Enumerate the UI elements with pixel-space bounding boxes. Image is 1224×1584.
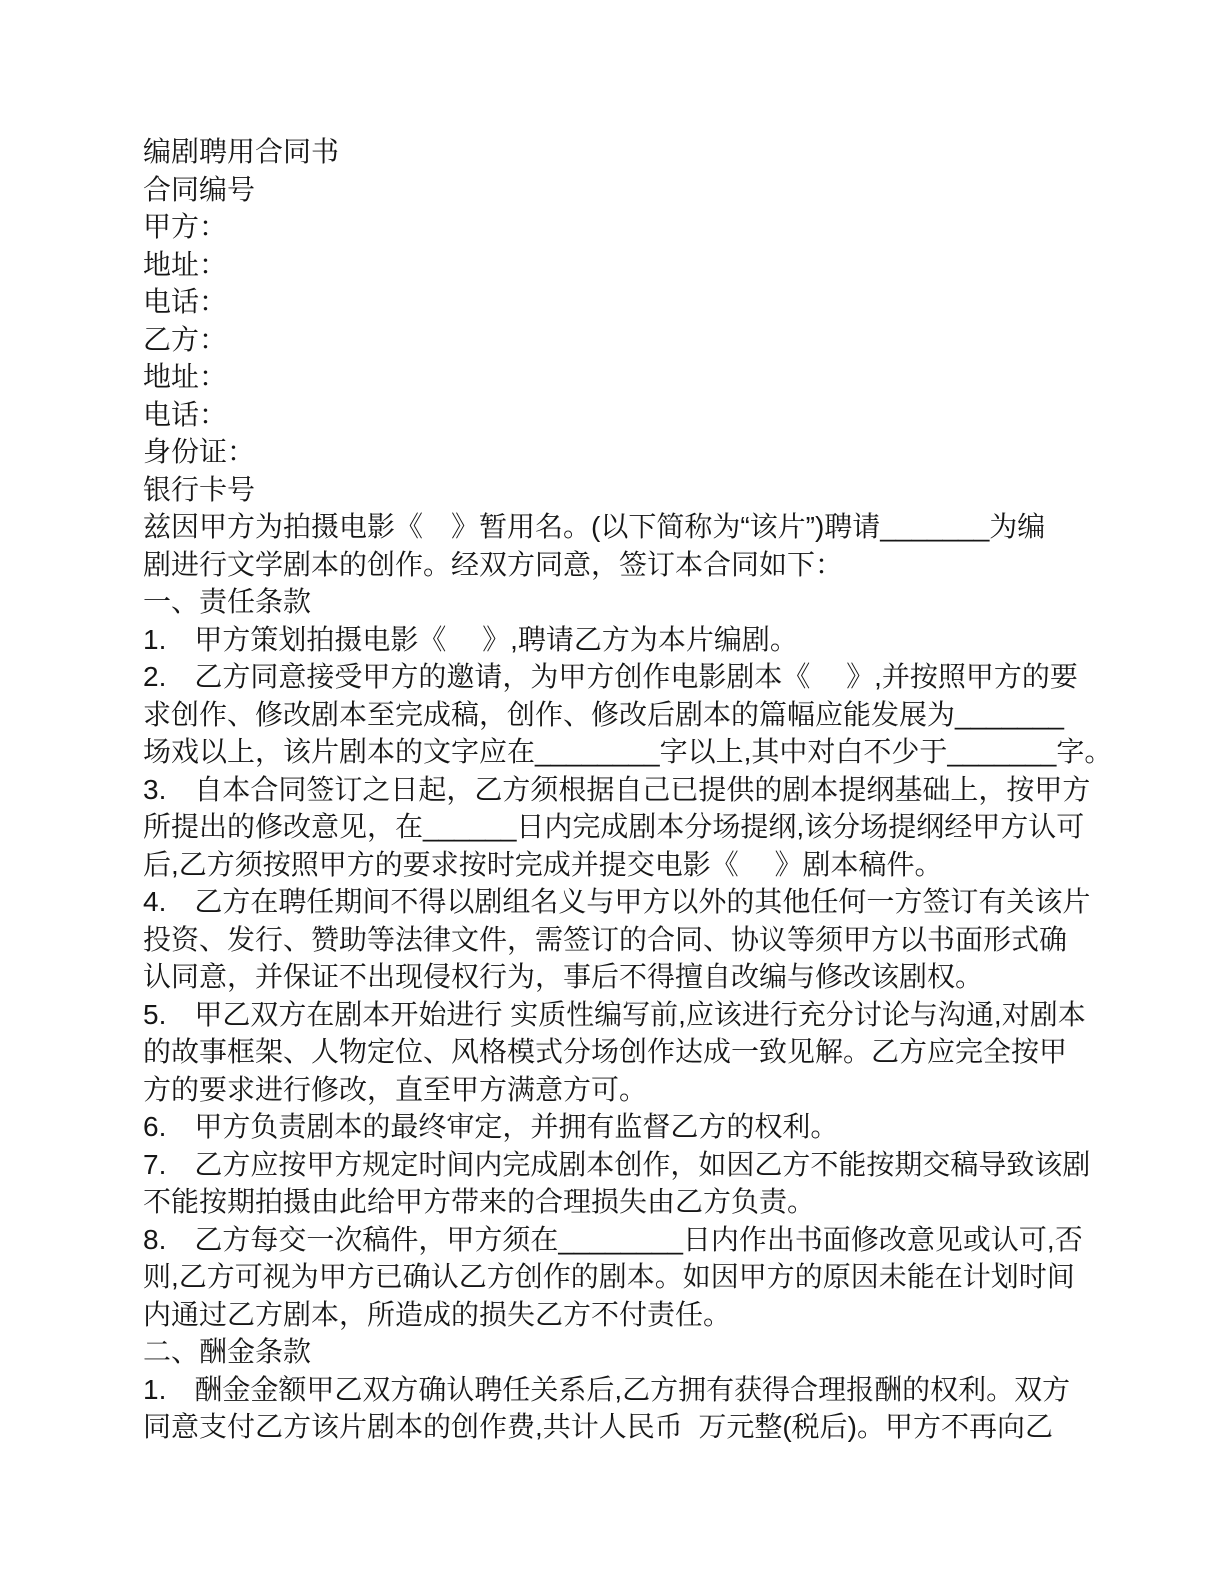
intro-line-2: 剧进行文学剧本的创作。经双方同意，签订本合同如下： [143, 546, 1143, 584]
clause-1-1: 1. 甲方策划拍摄电影《 》,聘请乙方为本片编剧。 [143, 621, 1143, 659]
clause-1-3-line-3: 后,乙方须按照甲方的要求按时完成并提交电影《 》剧本稿件。 [143, 846, 1143, 884]
clause-1-4-line-2: 投资、发行、赞助等法律文件，需签订的合同、协议等须甲方以书面形式确 [143, 921, 1143, 959]
party-b-bank-label: 银行卡号 [143, 471, 1143, 509]
clause-1-8-line-3: 内通过乙方剧本，所造成的损失乙方不付责任。 [143, 1296, 1143, 1334]
clause-1-5-line-2: 的故事框架、人物定位、风格模式分场创作达成一致见解。乙方应完全按甲 [143, 1033, 1143, 1071]
clause-1-4-line-3: 认同意，并保证不出现侵权行为，事后不得擅自改编与修改该剧权。 [143, 958, 1143, 996]
clause-1-7-line-2: 不能按期拍摄由此给甲方带来的合理损失由乙方负责。 [143, 1183, 1143, 1221]
party-b-address-label: 地址： [143, 358, 1143, 396]
clause-1-4-line-1: 4. 乙方在聘任期间不得以剧组名义与甲方以外的其他任何一方签订有关该片 [143, 883, 1143, 921]
party-a-label: 甲方： [143, 208, 1143, 246]
clause-1-2-line-3: 场戏以上，该片剧本的文字应在________字以上,其中对白不少于_______… [143, 733, 1143, 771]
clause-1-7-line-1: 7. 乙方应按甲方规定时间内完成剧本创作，如因乙方不能按期交稿导致该剧 [143, 1146, 1143, 1184]
clause-1-6: 6. 甲方负责剧本的最终审定，并拥有监督乙方的权利。 [143, 1108, 1143, 1146]
party-a-address-label: 地址： [143, 246, 1143, 284]
section-2-heading: 二、酬金条款 [143, 1333, 1143, 1371]
clause-2-1-line-2: 同意支付乙方该片剧本的创作费,共计人民币 万元整(税后)。甲方不再向乙 [143, 1408, 1143, 1446]
document-title: 编剧聘用合同书 [143, 133, 1143, 171]
clause-2-1-line-1: 1. 酬金金额甲乙双方确认聘任关系后,乙方拥有获得合理报酬的权利。双方 [143, 1371, 1143, 1409]
clause-1-2-line-1: 2. 乙方同意接受甲方的邀请，为甲方创作电影剧本《 》,并按照甲方的要 [143, 658, 1143, 696]
clause-1-8-line-2: 则,乙方可视为甲方已确认乙方创作的剧本。如因甲方的原因未能在计划时间 [143, 1258, 1143, 1296]
clause-1-8-line-1: 8. 乙方每交一次稿件，甲方须在________日内作出书面修改意见或认可,否 [143, 1221, 1143, 1259]
party-b-id-label: 身份证： [143, 433, 1143, 471]
clause-1-5-line-1: 5. 甲乙双方在剧本开始进行 实质性编写前,应该进行充分讨论与沟通,对剧本 [143, 996, 1143, 1034]
contract-document: 编剧聘用合同书 合同编号 甲方： 地址： 电话： 乙方： 地址： 电话： 身份证… [143, 133, 1143, 1446]
clause-1-5-line-3: 方的要求进行修改，直至甲方满意方可。 [143, 1071, 1143, 1109]
clause-1-3-line-1: 3. 自本合同签订之日起，乙方须根据自己已提供的剧本提纲基础上，按甲方 [143, 771, 1143, 809]
section-1-heading: 一、责任条款 [143, 583, 1143, 621]
contract-number-label: 合同编号 [143, 171, 1143, 209]
clause-1-2-line-2: 求创作、修改剧本至完成稿，创作、修改后剧本的篇幅应能发展为_______ [143, 696, 1143, 734]
contract-page: 编剧聘用合同书 合同编号 甲方： 地址： 电话： 乙方： 地址： 电话： 身份证… [0, 0, 1224, 1584]
party-b-label: 乙方： [143, 321, 1143, 359]
party-b-phone-label: 电话： [143, 396, 1143, 434]
party-a-phone-label: 电话： [143, 283, 1143, 321]
clause-1-3-line-2: 所提出的修改意见，在______日内完成剧本分场提纲,该分场提纲经甲方认可 [143, 808, 1143, 846]
intro-line-1: 兹因甲方为拍摄电影《 》暂用名。(以下简称为“该片”)聘请_______为编 [143, 508, 1143, 546]
